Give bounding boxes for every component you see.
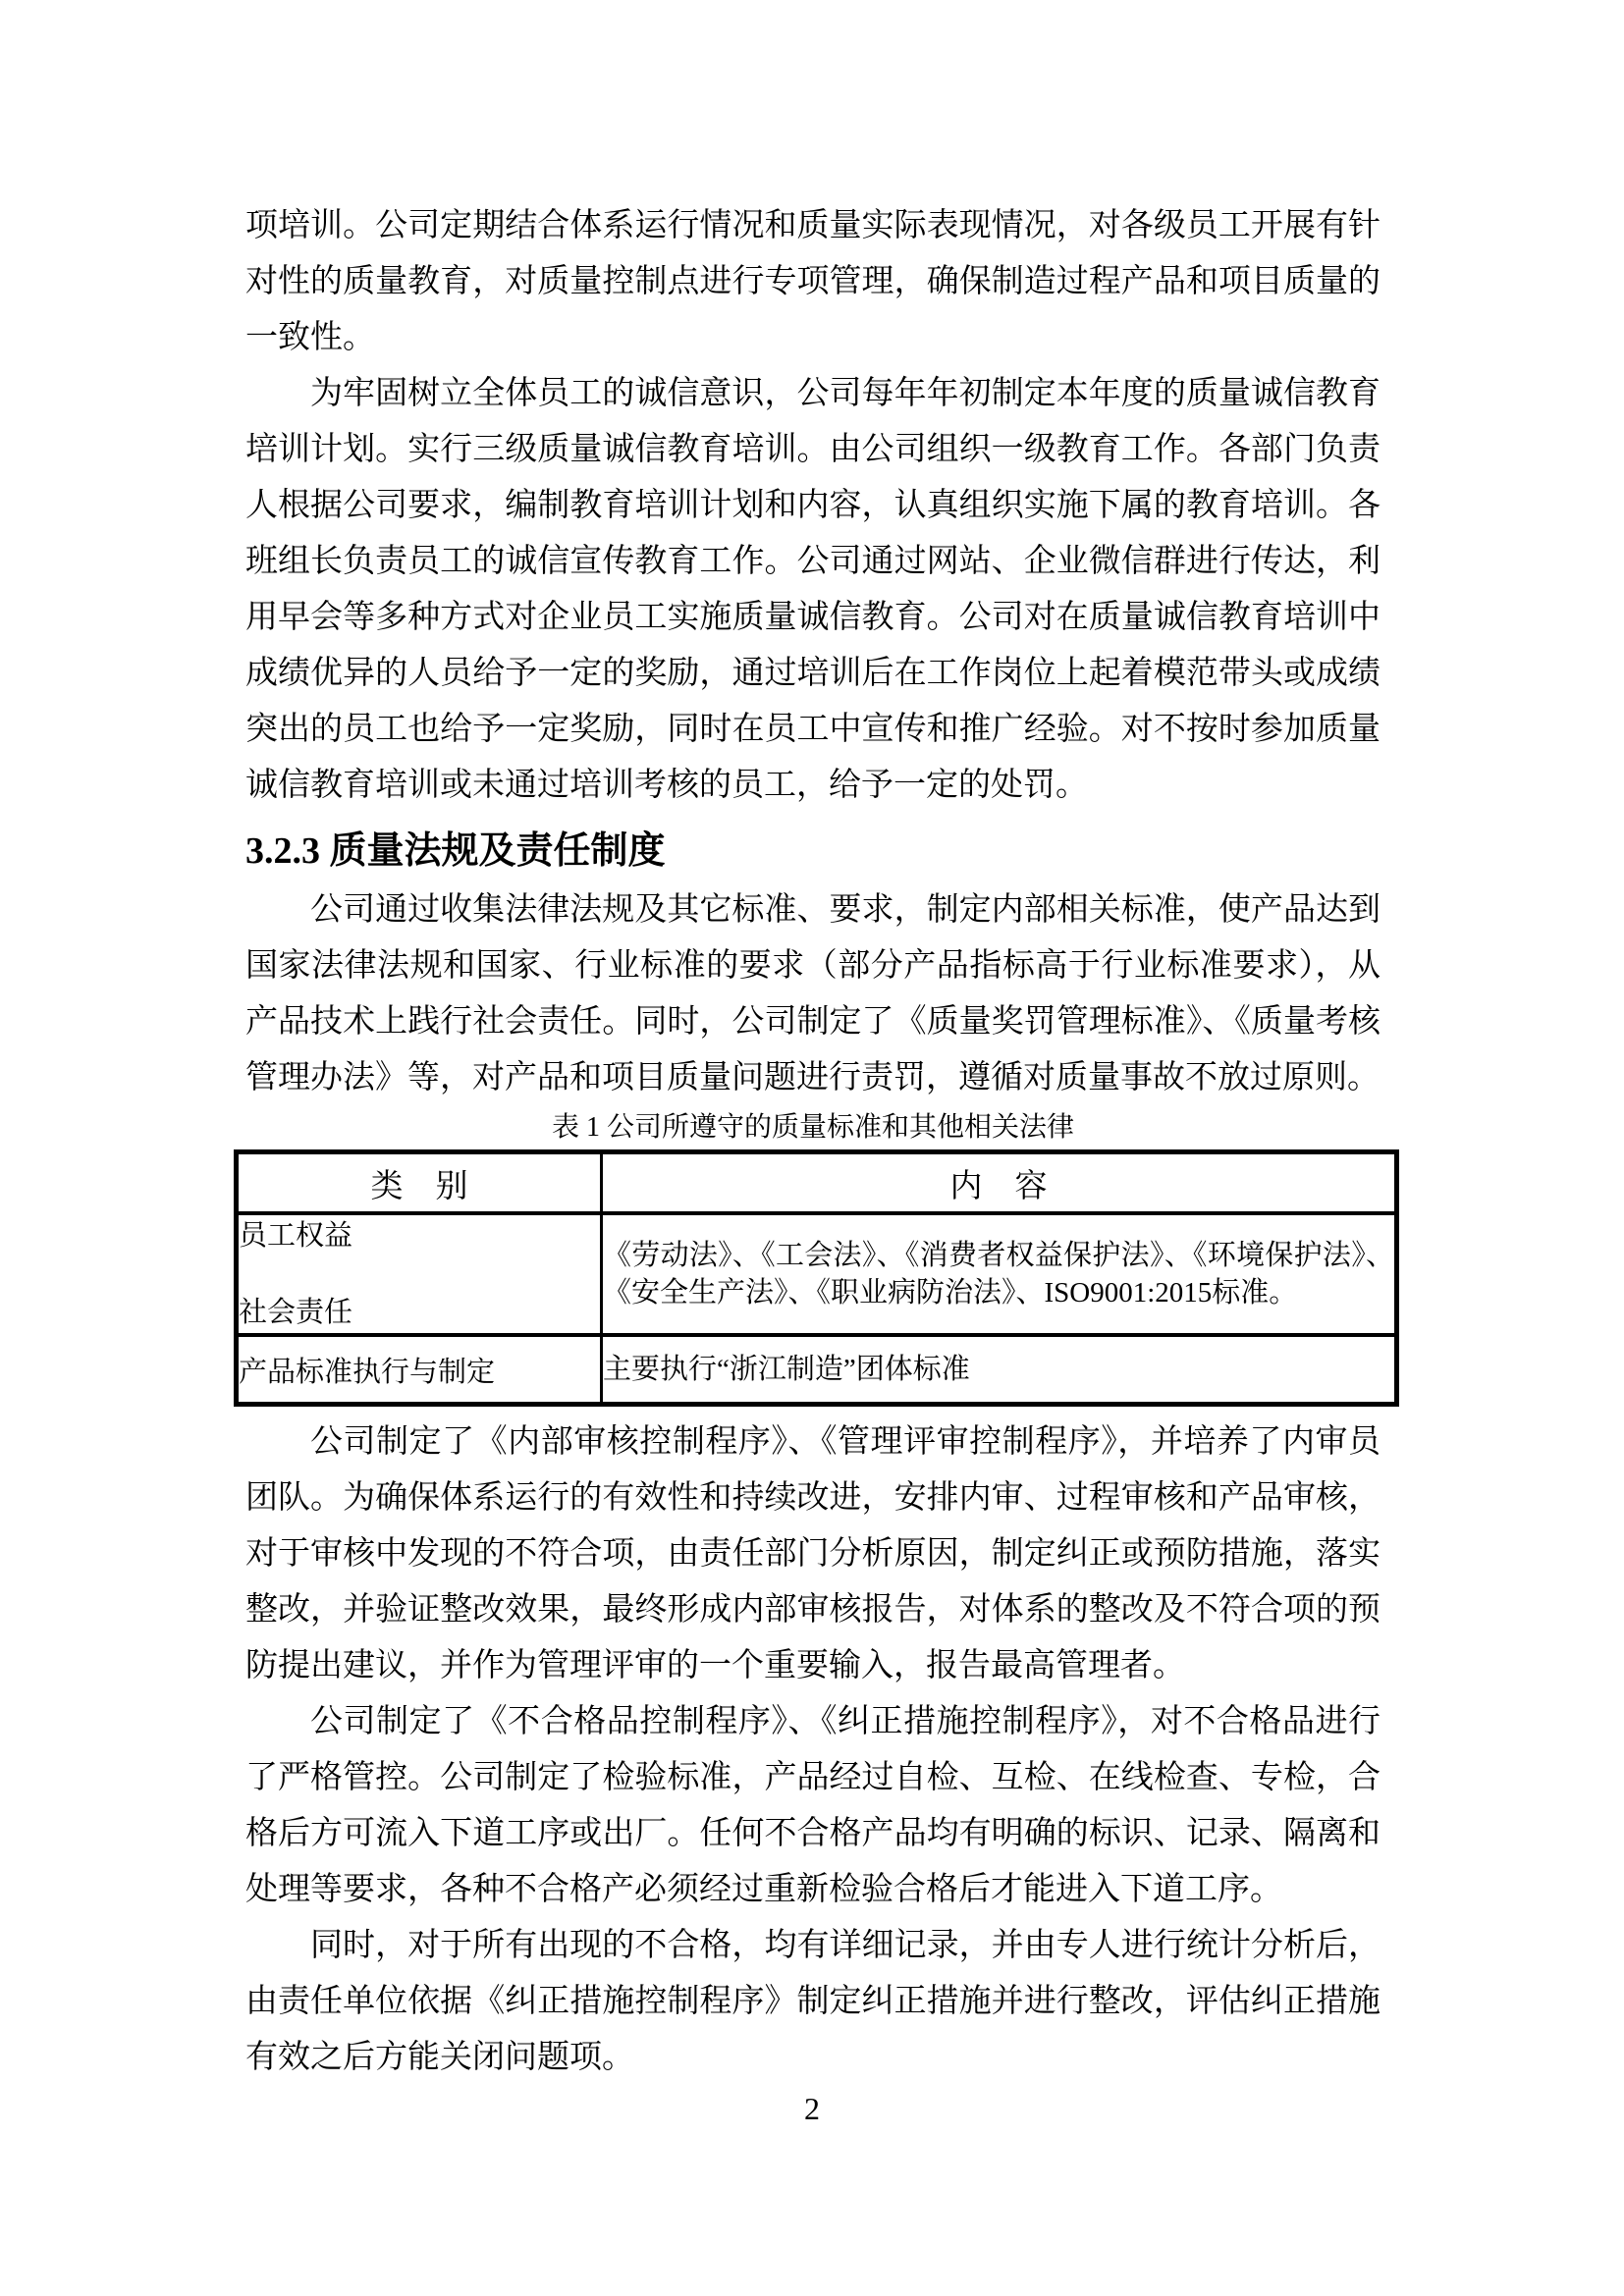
paragraph-nonconforming-control: 公司制定了《不合格品控制程序》、《纠正措施控制程序》，对不合格品进行了严格管控。… xyxy=(245,1694,1380,1918)
table-row: 员工权益 社会责任 《劳动法》、《工会法》、《消费者权益保护法》、《环境保护法》… xyxy=(237,1213,1397,1335)
cell-category: 员工权益 社会责任 xyxy=(237,1213,602,1335)
table-caption: 表 1 公司所遵守的质量标准和其他相关法律 xyxy=(245,1108,1380,1148)
paragraph-corrective-action: 同时，对于所有出现的不合格，均有详细记录，并由专人进行统计分析后，由责任单位依据… xyxy=(245,1918,1380,2086)
category-line: 社会责任 xyxy=(239,1293,600,1332)
header-category: 类 别 xyxy=(237,1152,602,1214)
paragraph-laws-standards: 公司通过收集法律法规及其它标准、要求，制定内部相关标准，使产品达到国家法律法规和… xyxy=(245,882,1380,1106)
table-header-row: 类 别 内 容 xyxy=(237,1152,1397,1214)
page-number: 2 xyxy=(0,2089,1624,2128)
table-row: 产品标准执行与制定 主要执行“浙江制造”团体标准 xyxy=(237,1335,1397,1405)
cell-content: 《劳动法》、《工会法》、《消费者权益保护法》、《环境保护法》、《安全生产法》、《… xyxy=(602,1213,1397,1335)
standards-table: 类 别 内 容 员工权益 社会责任 《劳动法》、《工会法》、《消费者权益保护法》… xyxy=(234,1149,1399,1407)
cell-content: 主要执行“浙江制造”团体标准 xyxy=(602,1335,1397,1405)
section-heading: 3.2.3 质量法规及责任制度 xyxy=(245,824,1380,879)
header-content: 内 容 xyxy=(602,1152,1397,1214)
document-page: 项培训。公司定期结合体系运行情况和质量实际表现情况，对各级员工开展有针对性的质量… xyxy=(0,0,1624,2296)
paragraph-internal-audit: 公司制定了《内部审核控制程序》、《管理评审控制程序》，并培养了内审员团队。为确保… xyxy=(245,1415,1380,1694)
cell-category: 产品标准执行与制定 xyxy=(237,1335,602,1405)
category-line: 员工权益 xyxy=(239,1216,600,1255)
paragraph-integrity-training: 为牢固树立全体员工的诚信意识，公司每年年初制定本年度的质量诚信教育培训计划。实行… xyxy=(245,366,1380,814)
text-column: 项培训。公司定期结合体系运行情况和质量实际表现情况，对各级员工开展有针对性的质量… xyxy=(245,198,1380,2086)
paragraph-continued: 项培训。公司定期结合体系运行情况和质量实际表现情况，对各级员工开展有针对性的质量… xyxy=(245,198,1380,366)
